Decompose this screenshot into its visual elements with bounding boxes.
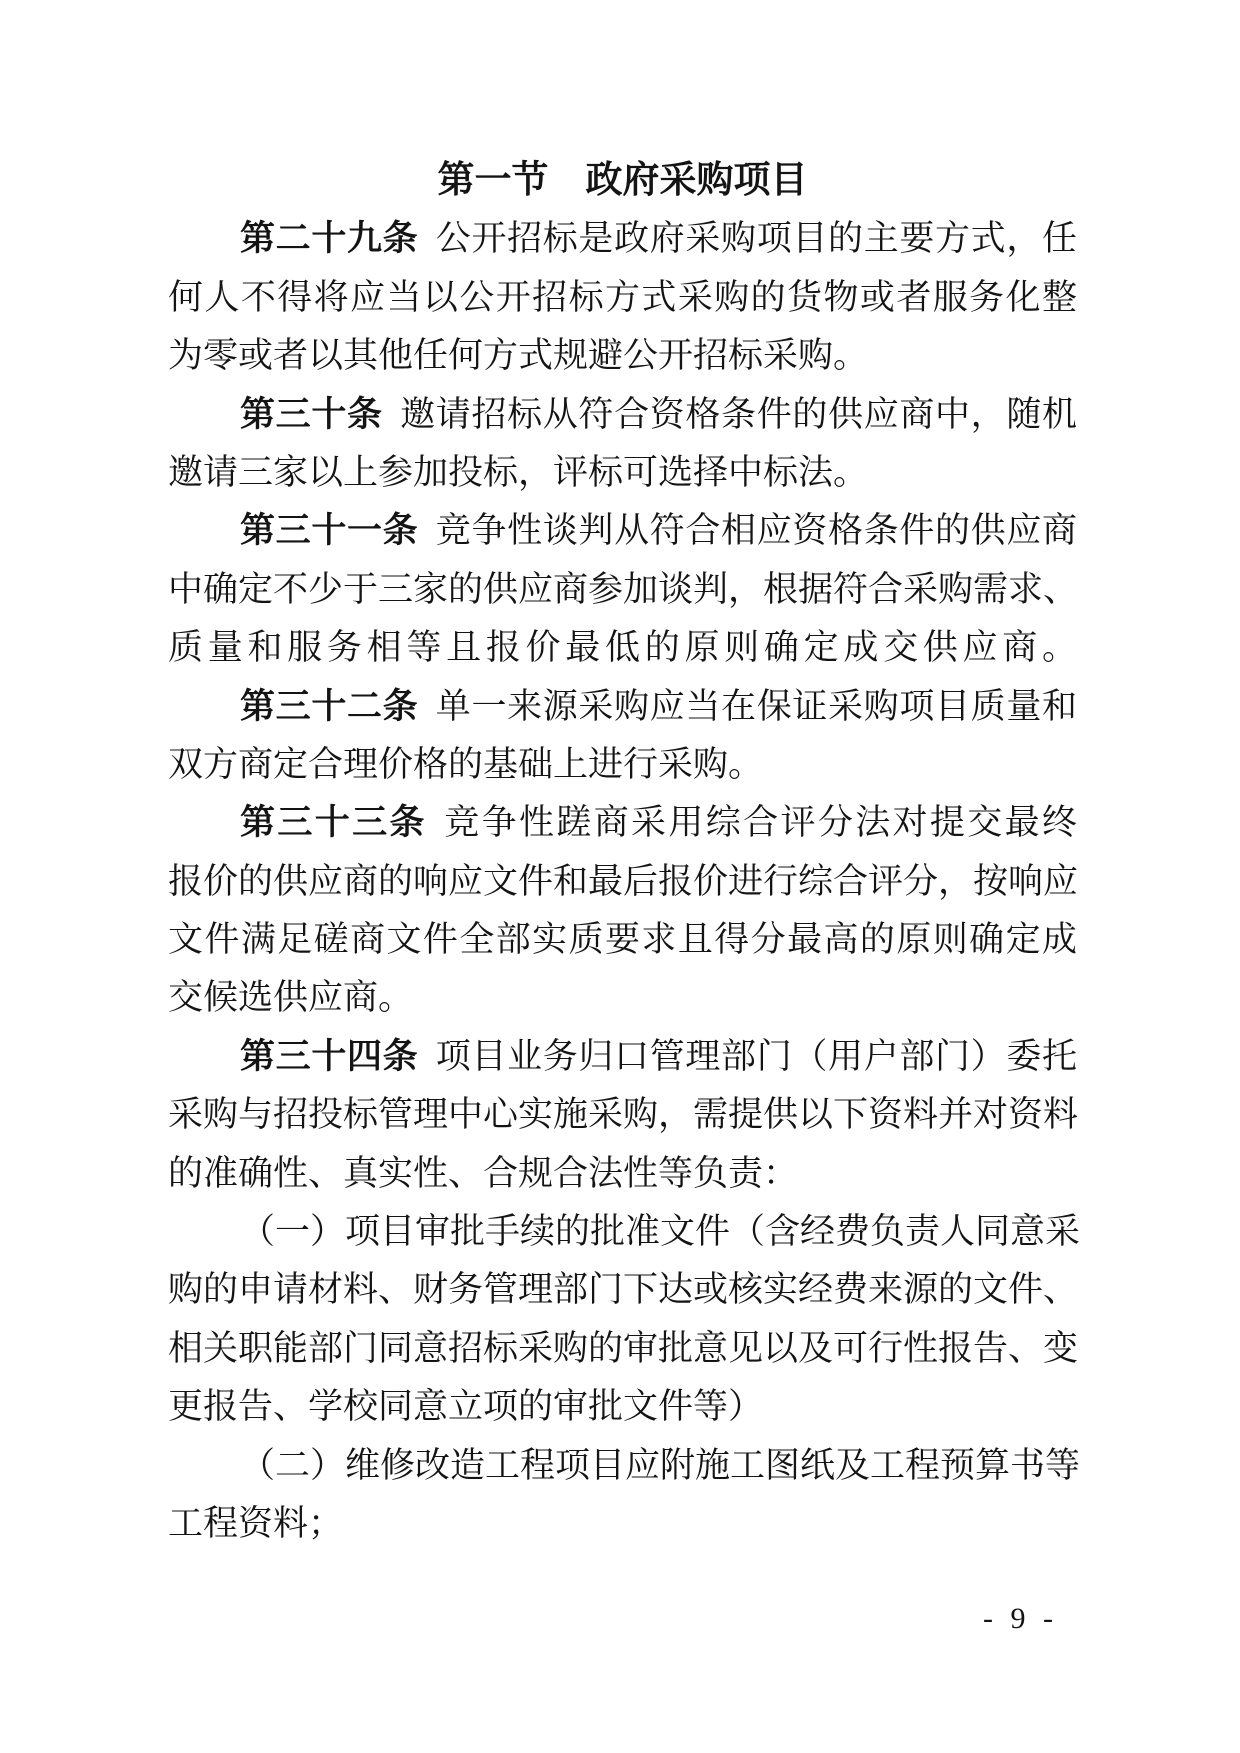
article-number: 第三十条 xyxy=(240,395,383,434)
text-line: （二）维修改造工程项目应附施工图纸及工程预算书等 xyxy=(168,1437,1077,1495)
line-text: （二）维修改造工程项目应附施工图纸及工程预算书等 xyxy=(240,1446,1080,1485)
line-text: 文件满足磋商文件全部实质要求且得分最高的原则确定成 xyxy=(168,920,1077,959)
text-line: 为零或者以其他任何方式规避公开招标采购。 xyxy=(168,327,1077,385)
text-line: 第三十一条竞争性谈判从符合相应资格条件的供应商 xyxy=(168,502,1077,560)
article-number: 第三十二条 xyxy=(240,687,418,726)
article-number: 第三十三条 xyxy=(240,803,427,842)
line-text: 工程资料； xyxy=(168,1504,343,1543)
page-number: - 9 - xyxy=(983,1602,1058,1636)
text-line: 报价的供应商的响应文件和最后报价进行综合评分，按响应 xyxy=(168,853,1077,911)
line-text: （一）项目审批手续的批准文件（含经费负责人同意采 xyxy=(240,1212,1080,1251)
line-text: 邀请招标从符合资格条件的供应商中，随机 xyxy=(400,395,1077,434)
text-line: 购的申请材料、财务管理部门下达或核实经费来源的文件、 xyxy=(168,1261,1077,1319)
article-number: 第三十四条 xyxy=(240,1037,418,1076)
line-text: 质量和服务相等且报价最低的原则确定成交供应商。 xyxy=(168,628,1077,667)
line-text: 相关职能部门同意招标采购的审批意见以及可行性报告、变 xyxy=(168,1329,1078,1368)
line-text: 公开招标是政府采购项目的主要方式，任 xyxy=(436,219,1077,258)
line-text: 竞争性谈判从符合相应资格条件的供应商 xyxy=(436,511,1077,550)
article-number: 第二十九条 xyxy=(240,219,418,258)
line-text: 项目业务归口管理部门（用户部门）委托 xyxy=(436,1037,1077,1076)
text-line: 第三十二条单一来源采购应当在保证采购项目质量和 xyxy=(168,678,1077,736)
text-line: 文件满足磋商文件全部实质要求且得分最高的原则确定成 xyxy=(168,911,1077,969)
line-text: 何人不得将应当以公开招标方式采购的货物或者服务化整 xyxy=(168,278,1077,317)
article-number: 第三十一条 xyxy=(240,511,418,550)
line-text: 为零或者以其他任何方式规避公开招标采购。 xyxy=(168,336,868,375)
text-line: 邀请三家以上参加投标，评标可选择中标法。 xyxy=(168,444,1077,502)
text-line: 采购与招投标管理中心实施采购，需提供以下资料并对资料 xyxy=(168,1086,1077,1144)
text-line: 的准确性、真实性、合规合法性等负责： xyxy=(168,1145,1077,1203)
text-line: 中确定不少于三家的供应商参加谈判，根据符合采购需求、 xyxy=(168,561,1077,619)
line-text: 单一来源采购应当在保证采购项目质量和 xyxy=(436,687,1077,726)
line-text: 更报告、学校同意立项的审批文件等） xyxy=(168,1387,763,1426)
text-line: 第二十九条公开招标是政府采购项目的主要方式，任 xyxy=(168,210,1077,268)
text-line: 相关职能部门同意招标采购的审批意见以及可行性报告、变 xyxy=(168,1320,1077,1378)
line-text: 交候选供应商。 xyxy=(168,978,413,1017)
text-block: 第一节 政府采购项目 第二十九条公开招标是政府采购项目的主要方式，任 何人不得将… xyxy=(168,152,1077,1553)
line-text: 的准确性、真实性、合规合法性等负责： xyxy=(168,1154,798,1193)
text-line: 交候选供应商。 xyxy=(168,969,1077,1027)
text-line: 工程资料； xyxy=(168,1495,1077,1553)
line-text: 竞争性蹉商采用综合评分法对提交最终 xyxy=(444,803,1077,842)
line-text: 邀请三家以上参加投标，评标可选择中标法。 xyxy=(168,453,868,492)
line-text: 采购与招投标管理中心实施采购，需提供以下资料并对资料 xyxy=(168,1095,1078,1134)
text-line: 质量和服务相等且报价最低的原则确定成交供应商。 xyxy=(168,619,1077,677)
line-text: 购的申请材料、财务管理部门下达或核实经费来源的文件、 xyxy=(168,1270,1078,1309)
text-line: 第三十条邀请招标从符合资格条件的供应商中，随机 xyxy=(168,386,1077,444)
line-text: 双方商定合理价格的基础上进行采购。 xyxy=(168,745,763,784)
line-text: 报价的供应商的响应文件和最后报价进行综合评分，按响应 xyxy=(168,862,1078,901)
document-page: 第一节 政府采购项目 第二十九条公开招标是政府采购项目的主要方式，任 何人不得将… xyxy=(0,0,1240,1753)
text-line: 双方商定合理价格的基础上进行采购。 xyxy=(168,736,1077,794)
text-line: （一）项目审批手续的批准文件（含经费负责人同意采 xyxy=(168,1203,1077,1261)
text-line: 第三十三条竞争性蹉商采用综合评分法对提交最终 xyxy=(168,794,1077,852)
text-line: 第三十四条项目业务归口管理部门（用户部门）委托 xyxy=(168,1028,1077,1086)
section-title: 第一节 政府采购项目 xyxy=(168,152,1077,210)
text-line: 何人不得将应当以公开招标方式采购的货物或者服务化整 xyxy=(168,269,1077,327)
text-line: 更报告、学校同意立项的审批文件等） xyxy=(168,1378,1077,1436)
line-text: 中确定不少于三家的供应商参加谈判，根据符合采购需求、 xyxy=(168,570,1078,609)
